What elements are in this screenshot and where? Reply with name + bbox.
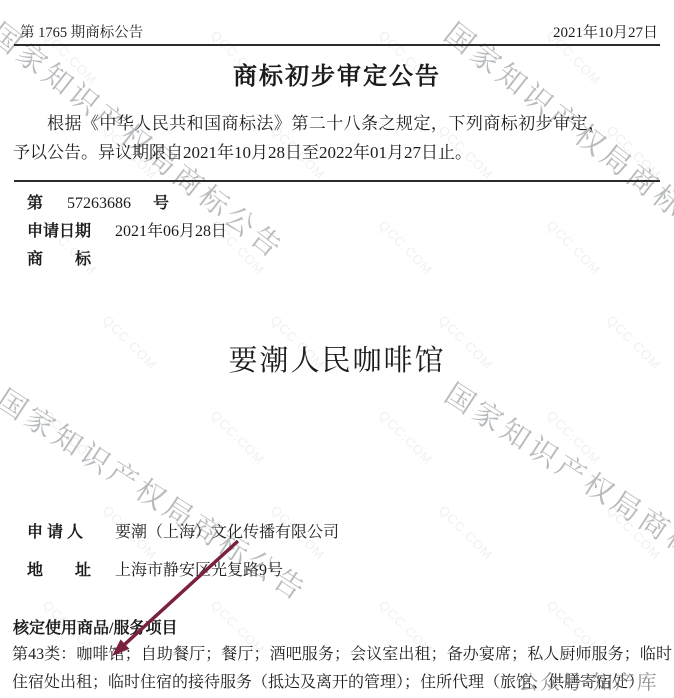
- registration-number-row: 第57263686号: [27, 190, 169, 213]
- applicant-value: 要潮（上海）文化传播有限公司: [115, 524, 339, 541]
- applicant-row: 申 请 人要潮（上海）文化传播有限公司: [27, 519, 339, 542]
- intro-paragraph: 根据《中华人民共和国商标法》第二十八条之规定，下列商标初步审定，予以公告。异议期…: [13, 109, 605, 167]
- address-value: 上海市静安区光复路9号: [115, 562, 283, 579]
- qcc-watermark: QCC.COM: [208, 408, 268, 468]
- header-date: 2021年10月27日: [553, 21, 658, 42]
- application-date-label: 申请日期: [27, 218, 115, 241]
- qcc-watermark: QCC.COM: [376, 218, 436, 278]
- channel-watermark: 公众号·知产库: [518, 666, 659, 695]
- mark-label-row: 商 标: [27, 246, 115, 269]
- application-date-value: 2021年06月28日: [115, 223, 227, 240]
- goods-heading: 核定使用商品/服务项目: [13, 615, 177, 638]
- document-title: 商标初步审定公告: [0, 56, 674, 91]
- qcc-watermark: QCC.COM: [436, 503, 496, 563]
- address-row: 地 址上海市静安区光复路9号: [27, 557, 283, 580]
- applicant-label: 申 请 人: [27, 519, 115, 542]
- qcc-watermark: QCC.COM: [544, 218, 604, 278]
- registration-prefix: 第: [27, 195, 43, 212]
- header-divider: [14, 44, 660, 46]
- announcement-page: QCC.COMQCC.COMQCC.COMQCC.COMQCC.COMQCC.C…: [0, 0, 674, 698]
- trademark-name: 要潮人民咖啡馆: [0, 338, 674, 379]
- registration-suffix: 号: [153, 195, 169, 212]
- mark-label: 商 标: [27, 246, 115, 269]
- address-label: 地 址: [27, 557, 115, 580]
- agency-watermark: 国家知识产权局商标公告: [438, 372, 674, 604]
- registration-number: 57263686: [67, 195, 131, 212]
- qcc-watermark: QCC.COM: [376, 408, 436, 468]
- header-issue-number: 第 1765 期商标公告: [20, 21, 143, 42]
- section-divider: [14, 180, 660, 182]
- application-date-row: 申请日期2021年06月28日: [27, 218, 227, 241]
